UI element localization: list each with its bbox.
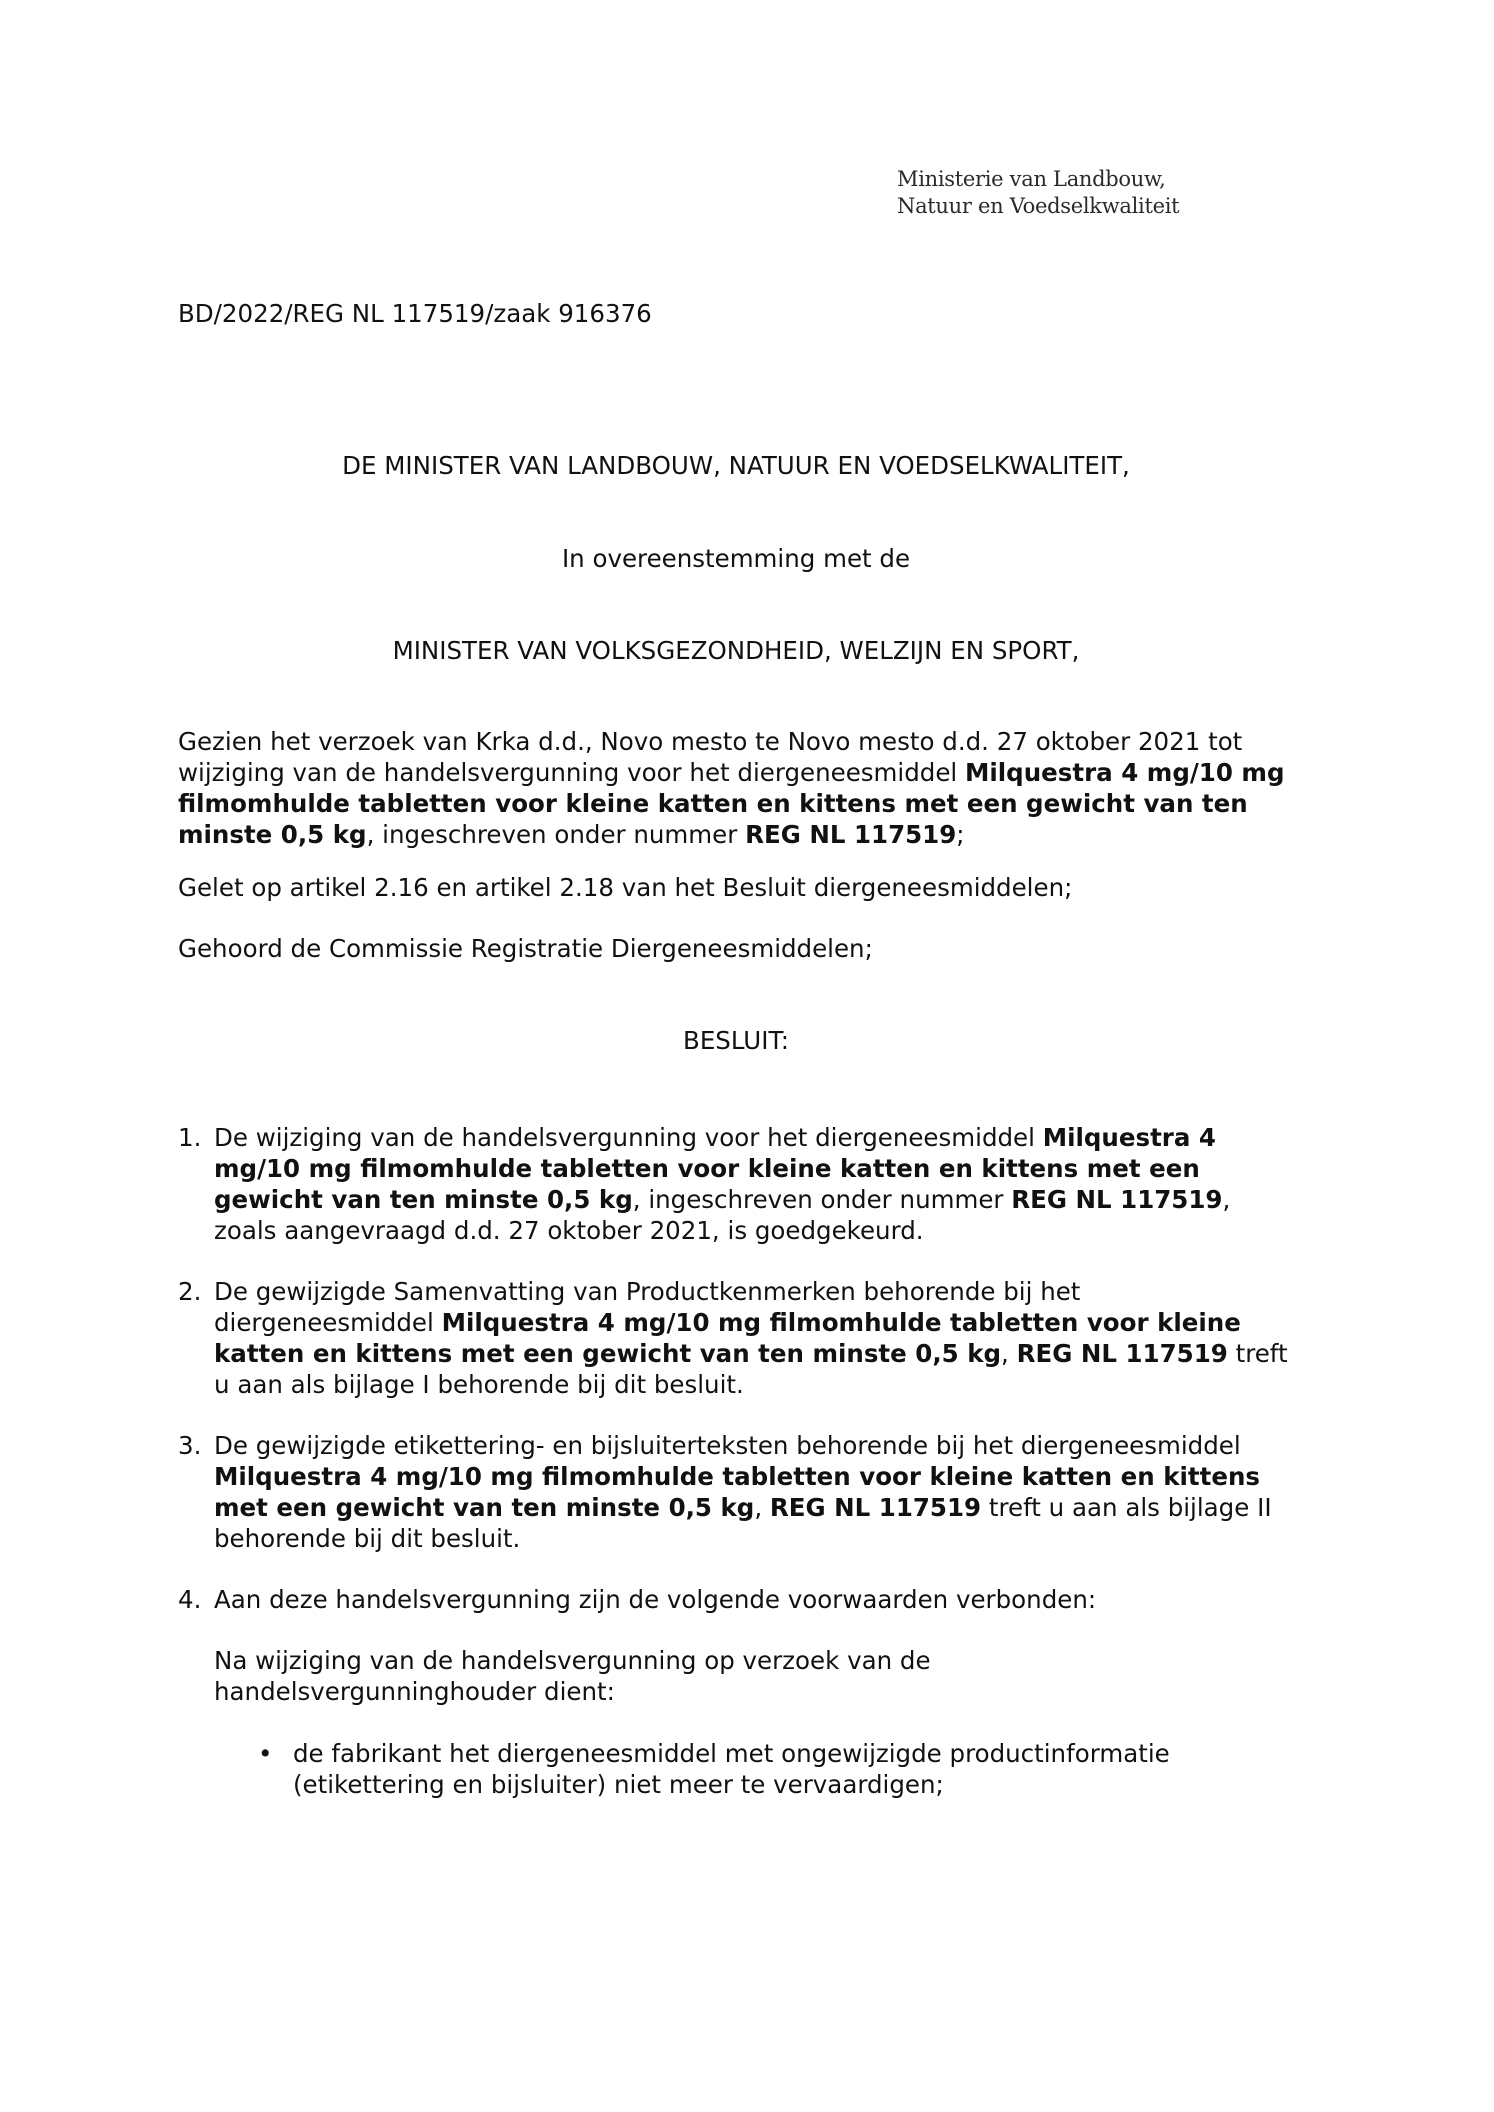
item-text-1: De wijziging van de handelsvergunning vo…: [214, 1123, 1043, 1152]
decision-item-4: 4. Aan deze handelsvergunning zijn de vo…: [178, 1584, 1338, 1615]
item-4-sub-paragraph: Na wijziging van de handelsvergunning op…: [214, 1645, 1034, 1707]
item-number: 3.: [178, 1430, 201, 1461]
bullet-icon: •: [258, 1738, 272, 1769]
letterhead-line-1: Ministerie van Landbouw,: [897, 166, 1179, 193]
reference-number: BD/2022/REG NL 117519/zaak 916376: [178, 298, 1338, 329]
heading-besluit: BESLUIT:: [178, 1025, 1294, 1056]
heading-agreement: In overeenstemming met de: [178, 543, 1294, 574]
item-text-2: ,: [1001, 1339, 1017, 1368]
item-number: 4.: [178, 1584, 201, 1615]
bullet-text: de fabrikant het diergeneesmiddel met on…: [293, 1738, 1193, 1800]
item-number: 2.: [178, 1276, 201, 1307]
heading-minister-vws: MINISTER VAN VOLKSGEZONDHEID, WELZIJN EN…: [178, 635, 1294, 666]
registration-number: REG NL 117519: [1017, 1339, 1228, 1368]
gezien-text-2: , ingeschreven onder nummer: [367, 820, 746, 849]
item-text-2: ,: [754, 1493, 770, 1522]
gezien-text-3: ;: [956, 820, 964, 849]
consideration-gezien: Gezien het verzoek van Krka d.d., Novo m…: [178, 726, 1328, 850]
letterhead-line-2: Natuur en Voedselkwaliteit: [897, 193, 1179, 220]
consideration-gelet: Gelet op artikel 2.16 en artikel 2.18 va…: [178, 872, 1338, 903]
decision-item-2: 2. De gewijzigde Samenvatting van Produc…: [178, 1276, 1338, 1400]
heading-minister-lnv: DE MINISTER VAN LANDBOUW, NATUUR EN VOED…: [178, 450, 1294, 481]
item-number: 1.: [178, 1122, 201, 1153]
registration-number: REG NL 117519: [770, 1493, 981, 1522]
consideration-gehoord: Gehoord de Commissie Registratie Diergen…: [178, 933, 1338, 964]
condition-bullet-item: • de fabrikant het diergeneesmiddel met …: [258, 1738, 1338, 1800]
decision-item-3: 3. De gewijzigde etikettering- en bijslu…: [178, 1430, 1338, 1554]
decision-item-1: 1. De wijziging van de handelsvergunning…: [178, 1122, 1338, 1246]
item-text: Aan deze handelsvergunning zijn de volge…: [214, 1584, 1338, 1615]
item-text-1: De gewijzigde etikettering- en bijsluite…: [214, 1431, 1241, 1460]
registration-number: REG NL 117519: [745, 820, 956, 849]
registration-number: REG NL 117519: [1011, 1185, 1222, 1214]
item-text-2: , ingeschreven onder nummer: [633, 1185, 1012, 1214]
ministry-letterhead-logo: Ministerie van Landbouw, Natuur en Voeds…: [897, 166, 1179, 220]
